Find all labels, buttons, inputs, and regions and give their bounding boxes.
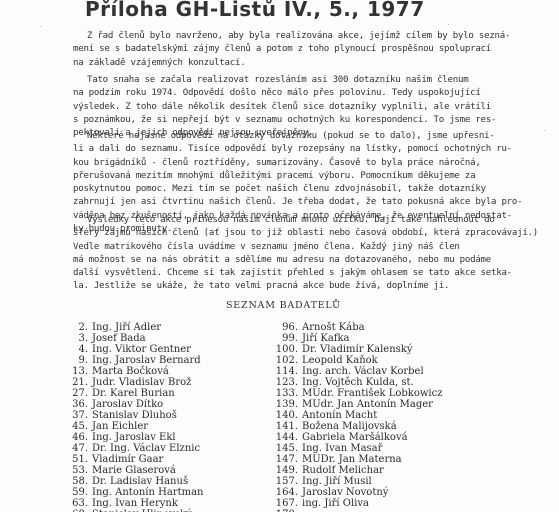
member-number: 114. [272,366,298,377]
paragraph-results: Výsledky této akce přinesou našim členům… [73,214,543,294]
member-name: Rudolf Melichar [302,465,384,476]
list-item: 2.Ing. Jiří Adler [68,322,203,333]
list-item: 46.Ing. Jaroslav Ekl [68,432,203,443]
list-item: 147.MUDr. Jan Materna [272,454,443,465]
member-number: 145. [272,443,298,454]
researcher-list-left: 2.Ing. Jiří Adler3.Josef Bada4.Ing. Vikt… [68,322,203,512]
member-number: 4. [68,344,88,355]
paragraph-line: zahrnují jen asi čtvrtinu našich členů. … [73,196,543,209]
member-name: ing. Jiří Oliva [302,498,369,509]
list-item: 141.Božena Malijovská [272,421,443,432]
member-number: 53. [68,465,88,476]
member-name: Leopold Kaňok [302,355,378,366]
member-number: 36. [68,399,88,410]
member-number: 96. [272,322,298,333]
member-number: 144. [272,432,298,443]
list-item: 123.Ing. Vojtěch Kulda, st. [272,377,443,388]
list-item: 164.Jaroslav Novotný [272,487,443,498]
paragraph-line: Z řad členů bylo navrženo, aby byla real… [73,30,543,43]
member-name: Arnošt Kába [302,322,365,333]
list-item: 13.Marta Bočková [68,366,203,377]
member-number: 147. [272,454,298,465]
member-number: 99. [272,333,298,344]
paragraph-line: má možnost se na nás obrátit a sdělíme m… [73,254,543,267]
member-number: 3. [68,333,88,344]
member-name: Josef Bada [92,333,146,344]
list-item: 58.Dr. Ladislav Hanuš [68,476,203,487]
member-name: Jaroslav Dítko [92,399,163,410]
member-name: Jan Eichler [92,421,148,432]
paragraph-line: poskytnutou pomoc. Mezi tím se počet naš… [73,183,543,196]
paragraph-line: na podzim roku 1974. Odpovědí došlo něco… [73,87,543,100]
list-item: 45.Jan Eichler [68,421,203,432]
list-item: 51.Vladimír Gaar [68,454,203,465]
member-number: 139. [272,399,298,410]
document-title: Příloha GH-Listů IV., 5., 1977 [85,0,425,21]
member-number: 157. [272,476,298,487]
member-number: 37. [68,410,88,421]
member-name: MUDr. Jan Materna [302,454,402,465]
list-item: 63.Ing. Ivan Herynk [68,498,203,509]
paragraph-line: Vedle matrikového čísla uvádíme v seznam… [73,241,543,254]
list-item: 53.Marie Glaserová [68,465,203,476]
member-number: 45. [68,421,88,432]
paragraph-line: la. Jestliže se ukáže, že tato velmi pra… [73,280,543,293]
member-name: MUdr. František Lobkowicz [302,388,443,399]
member-number: 63. [68,498,88,509]
paragraph-line: na základě vzájemných konzultací. [73,57,543,70]
list-item: 157.Ing. Jiří Musil [272,476,443,487]
member-name: Ing. Vojtěch Kulda, st. [302,377,414,388]
member-name: Antonín Macht [302,410,377,421]
member-name: Dr. Karel Burian [92,388,175,399]
list-item: 27.Dr. Karel Burian [68,388,203,399]
paragraph-line: přerušovaná mezitím mnohými důležitými p… [73,170,543,183]
member-name: Ing. Jaroslav Ekl [92,432,176,443]
member-name: Božena Malijovská [302,421,397,432]
paragraph-line: li a dali do seznamu. Tisíce odpovědí by… [73,143,543,156]
paragraph-line: Tato snaha se začala realizovat rozeslán… [73,74,543,87]
list-item: 144.Gabriela Maršálková [272,432,443,443]
list-item: 36.Jaroslav Dítko [68,399,203,410]
list-item: 47.Dr. Ing. Václav Elznic [68,443,203,454]
member-name: Ing. Jaroslav Bernard [92,355,201,366]
member-number: 51. [68,454,88,465]
list-item: 149.Rudolf Melichar [272,465,443,476]
member-number: 167. [272,498,298,509]
member-name: Jaroslav Novotný [302,487,388,498]
list-heading: SEZNAM BADATELŮ [226,300,341,311]
member-number: 164. [272,487,298,498]
member-name: Ing. Viktor Gentner [92,344,191,355]
list-item: 102.Leopold Kaňok [272,355,443,366]
member-name: Ing. arch. Václav Korbel [302,366,424,377]
paragraph-line: s poznámkou, že si nepřejí být v seznamu… [73,114,543,127]
member-number: 13. [68,366,88,377]
paragraph-line: Výsledky této akce přinesou našim členům… [73,214,543,227]
member-name: Ing. Jiří Adler [92,322,161,333]
member-name: MUdr. Jan Antonín Mager [302,399,433,410]
list-item: 37.Stanislav Dluhoš [68,410,203,421]
member-name: Gabriela Maršálková [302,432,408,443]
member-number: 2. [68,322,88,333]
list-item: 3.Josef Bada [68,333,203,344]
list-item: 139.MUdr. Jan Antonín Mager [272,399,443,410]
paragraph-line: výsledek. Z toho dále několik desítek čl… [73,101,543,114]
member-name: Dr. Vladimír Kalenský [302,344,413,355]
paragraph-line: další vysvětlení. Chceme si tak zajistit… [73,267,543,280]
member-number: 100. [272,344,298,355]
paragraph-line: sféry zájmů našich členů (ať jsou to již… [73,227,543,240]
member-number: 59. [68,487,88,498]
list-item: 114.Ing. arch. Václav Korbel [272,366,443,377]
paragraph-line: mení se s badatelskými zájmy členů a pot… [73,43,543,56]
researcher-list-right: 96.Arnošt Kába99.Jiří Kafka100.Dr. Vladi… [272,322,443,512]
list-item: 21.Judr. Vladislav Brož [68,377,203,388]
list-item: 145.Ing. Ivan Masař [272,443,443,454]
list-item: 133.MUdr. František Lobkowicz [272,388,443,399]
paragraph-line: Některé nejasné odpovědi na otázky dotaz… [73,130,543,143]
member-number: 21. [68,377,88,388]
member-name: Ing. Ivan Masař [302,443,382,454]
member-name: Dr. Ladislav Hanuš [92,476,188,487]
member-name: Judr. Vladislav Brož [92,377,191,388]
list-item: 167.ing. Jiří Oliva [272,498,443,509]
member-number: 140. [272,410,298,421]
paragraph-line: kou brigádníků - členů roztříděny, sumar… [73,157,543,170]
member-number: 102. [272,355,298,366]
member-number: 46. [68,432,88,443]
member-number: 141. [272,421,298,432]
list-item: 9.Ing. Jaroslav Bernard [68,355,203,366]
member-name: Ing. Antonín Hartman [92,487,203,498]
member-name: Ing. Ivan Herynk [92,498,178,509]
member-name: Vladimír Gaar [92,454,163,465]
list-item: 100.Dr. Vladimír Kalenský [272,344,443,355]
member-name: Marta Bočková [92,366,169,377]
member-number: 47. [68,443,88,454]
member-number: 27. [68,388,88,399]
member-name: Stanislav Dluhoš [92,410,177,421]
paragraph-intro: Z řad členů bylo navrženo, aby byla real… [73,30,543,70]
member-name: Ing. Jiří Musil [302,476,372,487]
list-item: 140.Antonín Macht [272,410,443,421]
list-item: 4.Ing. Viktor Gentner [68,344,203,355]
member-number: 133. [272,388,298,399]
list-item: 99.Jiří Kafka [272,333,443,344]
member-number: 123. [272,377,298,388]
list-item: 96.Arnošt Kába [272,322,443,333]
member-name: Marie Glaserová [92,465,176,476]
list-item: 59.Ing. Antonín Hartman [68,487,203,498]
member-name: Dr. Ing. Václav Elznic [92,443,200,454]
member-number: 58. [68,476,88,487]
member-number: 9. [68,355,88,366]
member-number: 149. [272,465,298,476]
member-name: Jiří Kafka [302,333,350,344]
